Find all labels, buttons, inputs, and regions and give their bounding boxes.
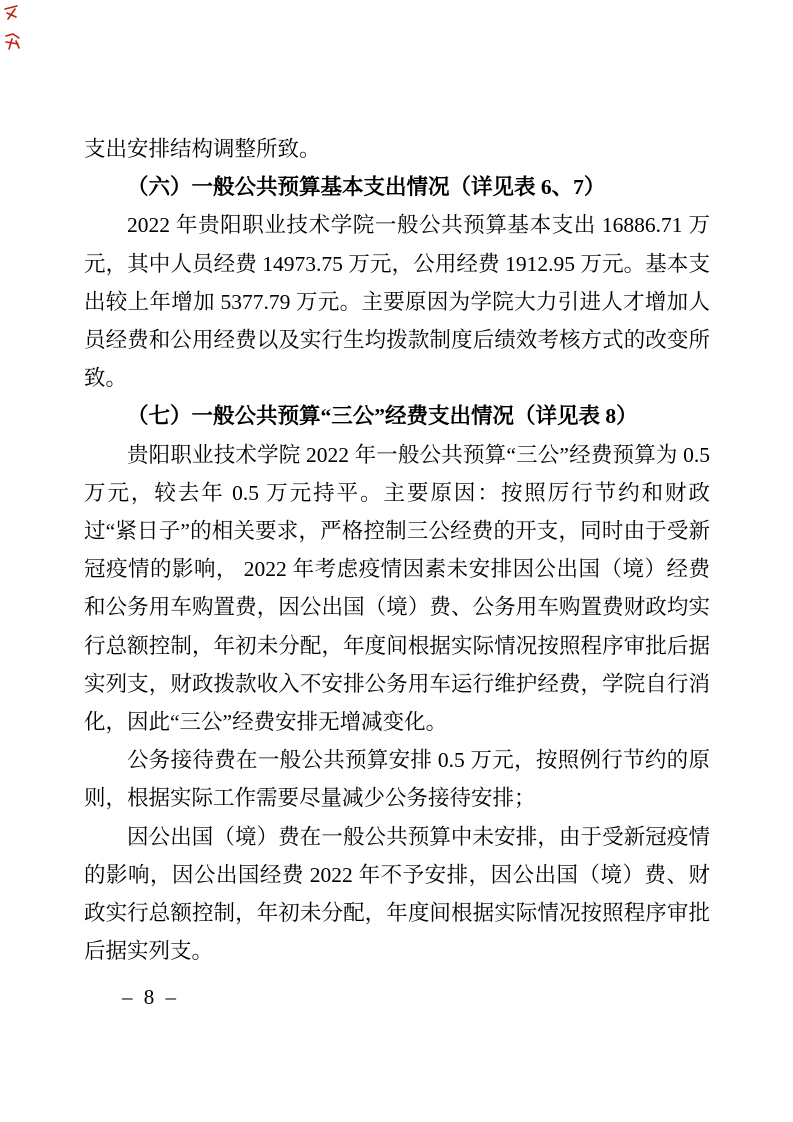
red-scribble-mark-icon (3, 32, 23, 52)
red-annotation-marks (3, 4, 27, 62)
heading-section-7: （七）一般公共预算“三公”经费支出情况（详见表 8） (84, 397, 710, 435)
document-body: 支出安排结构调整所致。 （六）一般公共预算基本支出情况（详见表 6、7） 202… (84, 130, 710, 970)
paragraph-three-public-funds: 贵阳职业技术学院 2022 年一般公共预算“三公”经费预算为 0.5 万元，较去… (84, 436, 710, 742)
paragraph-overseas-travel: 因公出国（境）费在一般公共预算中未安排，由于受新冠疫情的影响，因公出国经费 20… (84, 818, 710, 971)
heading-section-6: （六）一般公共预算基本支出情况（详见表 6、7） (84, 168, 710, 206)
red-scribble-mark-icon (3, 4, 21, 22)
paragraph-official-reception: 公务接待费在一般公共预算安排 0.5 万元，按照例行节约的原则，根据实际工作需要… (84, 741, 710, 817)
page-number: – 8 – (122, 985, 179, 1010)
paragraph-basic-expenditure: 2022 年贵阳职业技术学院一般公共预算基本支出 16886.71 万元，其中人… (84, 206, 710, 397)
document-page: 支出安排结构调整所致。 （六）一般公共预算基本支出情况（详见表 6、7） 202… (0, 0, 793, 1122)
paragraph-continuation: 支出安排结构调整所致。 (84, 130, 710, 168)
